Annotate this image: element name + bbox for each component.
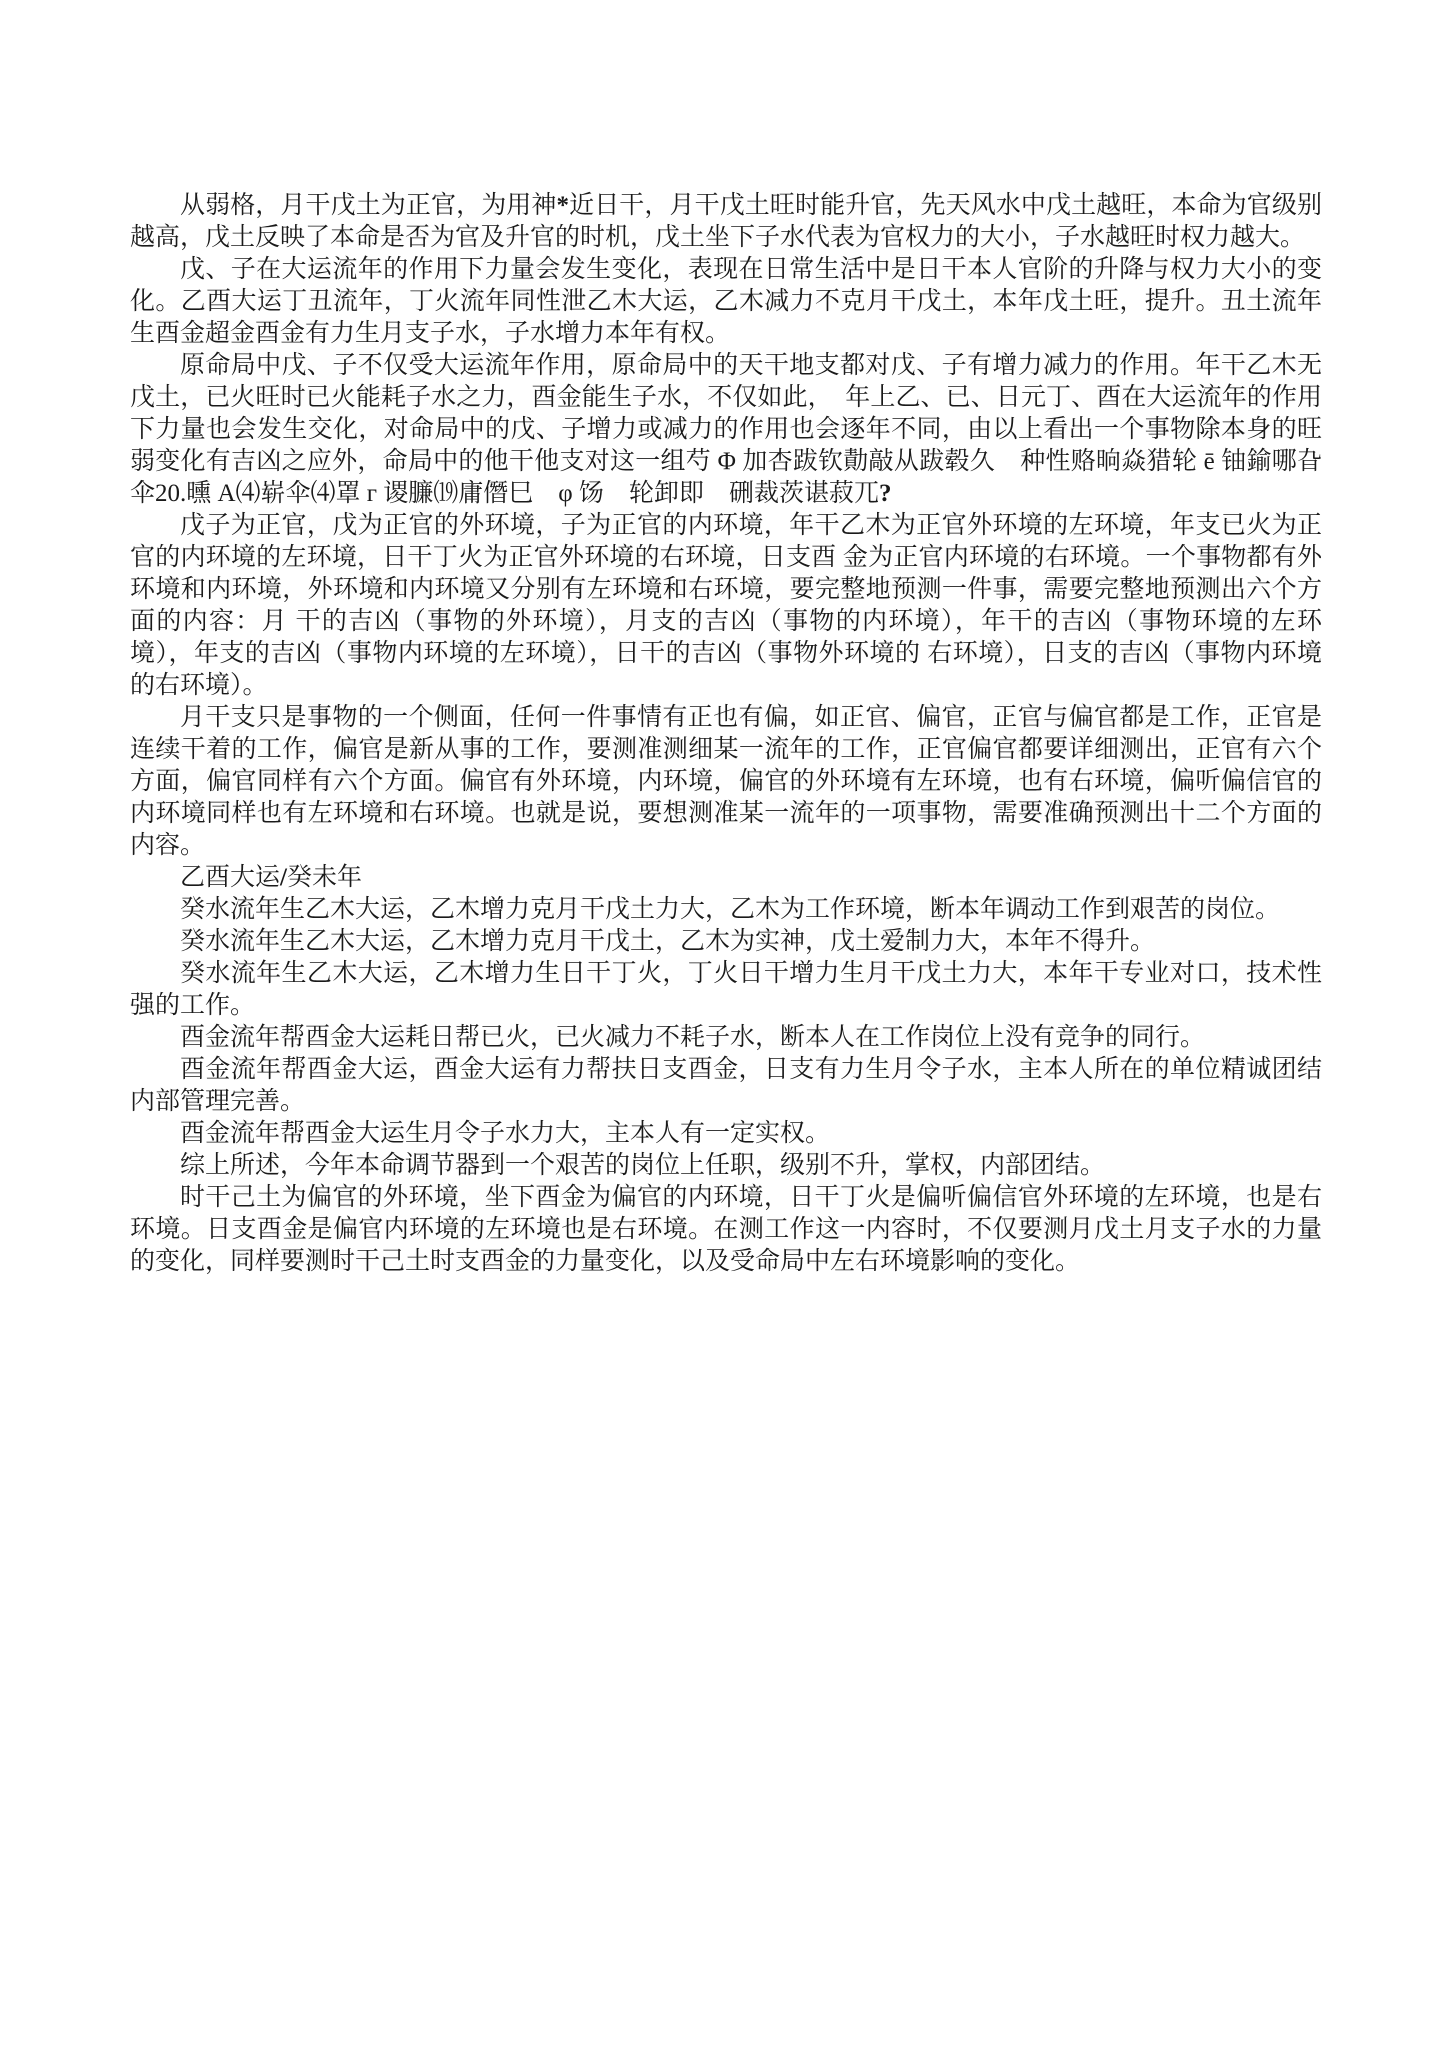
- text-segment: 时干己土为偏官的外环境，坐下酉金为偏官的内环境，日干丁火是偏听偏信官外环境的左环…: [130, 1184, 1322, 1275]
- text-segment: 综上所述，今年本命调节器到一个艰苦的岗位上任职，级别不升，掌权，内部团结。: [180, 1152, 1105, 1179]
- paragraph: 综上所述，今年本命调节器到一个艰苦的岗位上任职，级别不升，掌权，内部团结。: [130, 1150, 1322, 1182]
- paragraph: 月干支只是事物的一个侧面，任何一件事情有正也有偏，如正官、偏官，正官与偏官都是工…: [130, 702, 1322, 862]
- text-segment: 酉金流年帮酉金大运，酉金大运有力帮扶日支酉金，日支有力生月令子水，主本人所在的单…: [130, 1056, 1322, 1115]
- text-segment: 原命局中戊、子不仅受大运流年作用，原命局中的天干地支都对戊、子有增力减力的作用。…: [130, 352, 1322, 507]
- document-body: 从弱格，月干戊土为正官，为用神*近日干，月干戊土旺时能升官，先天风水中戊土越旺，…: [130, 190, 1322, 1278]
- text-segment: 癸未年: [287, 864, 362, 891]
- text-segment: 戊、子在大运流年的作用下力量会发生变化，表现在日常生活中是日干本人官阶的升降与权…: [130, 256, 1322, 347]
- paragraph: 癸水流年生乙木大运，乙木增力克月干戊土力大，乙木为工作环境，断本年调动工作到艰苦…: [130, 894, 1322, 926]
- paragraph: 时干己土为偏官的外环境，坐下酉金为偏官的内环境，日干丁火是偏听偏信官外环境的左环…: [130, 1182, 1322, 1278]
- text-segment: 癸水流年生乙木大运，乙木增力生日干丁火，丁火日干增力生月干戊土力大，本年干专业对…: [130, 960, 1322, 1019]
- document-page: 从弱格，月干戊土为正官，为用神*近日干，月干戊土旺时能升官，先天风水中戊土越旺，…: [0, 0, 1447, 2048]
- paragraph: 乙酉大运/癸未年: [130, 862, 1322, 894]
- paragraph: 原命局中戊、子不仅受大运流年作用，原命局中的天干地支都对戊、子有增力减力的作用。…: [130, 350, 1322, 510]
- paragraph: 从弱格，月干戊土为正官，为用神*近日干，月干戊土旺时能升官，先天风水中戊土越旺，…: [130, 190, 1322, 254]
- text-segment: /: [280, 864, 287, 891]
- text-segment: 乙酉大运: [180, 864, 280, 891]
- text-segment: 月干支只是事物的一个侧面，任何一件事情有正也有偏，如正官、偏官，正官与偏官都是工…: [130, 704, 1322, 859]
- text-segment: 戊子为正官，戊为正官的外环境，子为正官的内环境，年干乙木为正官外环境的左环境，年…: [130, 512, 1322, 699]
- paragraph: 戊子为正官，戊为正官的外环境，子为正官的内环境，年干乙木为正官外环境的左环境，年…: [130, 510, 1322, 702]
- paragraph: 酉金流年帮酉金大运生月令子水力大，主本人有一定实权。: [130, 1118, 1322, 1150]
- paragraph: 酉金流年帮酉金大运，酉金大运有力帮扶日支酉金，日支有力生月令子水，主本人所在的单…: [130, 1054, 1322, 1118]
- text-segment: 癸水流年生乙木大运，乙木增力克月干戊土力大，乙木为工作环境，断本年调动工作到艰苦…: [180, 896, 1280, 923]
- text-segment: 酉金流年帮酉金大运耗日帮已火，已火减力不耗子水，断本人在工作岗位上没有竞争的同行…: [180, 1024, 1205, 1051]
- text-segment: 癸水流年生乙木大运，乙木增力克月干戊土，乙木为实神，戊土爱制力大，本年不得升。: [180, 928, 1155, 955]
- text-segment: ?: [879, 480, 892, 507]
- paragraph: 癸水流年生乙木大运，乙木增力克月干戊土，乙木为实神，戊土爱制力大，本年不得升。: [130, 926, 1322, 958]
- paragraph: 酉金流年帮酉金大运耗日帮已火，已火减力不耗子水，断本人在工作岗位上没有竞争的同行…: [130, 1022, 1322, 1054]
- text-segment: *: [557, 192, 570, 219]
- text-segment: 酉金流年帮酉金大运生月令子水力大，主本人有一定实权。: [180, 1120, 830, 1147]
- text-segment: 从弱格，月干戊土为正官，为用神: [180, 192, 557, 219]
- paragraph: 癸水流年生乙木大运，乙木增力生日干丁火，丁火日干增力生月干戊土力大，本年干专业对…: [130, 958, 1322, 1022]
- paragraph: 戊、子在大运流年的作用下力量会发生变化，表现在日常生活中是日干本人官阶的升降与权…: [130, 254, 1322, 350]
